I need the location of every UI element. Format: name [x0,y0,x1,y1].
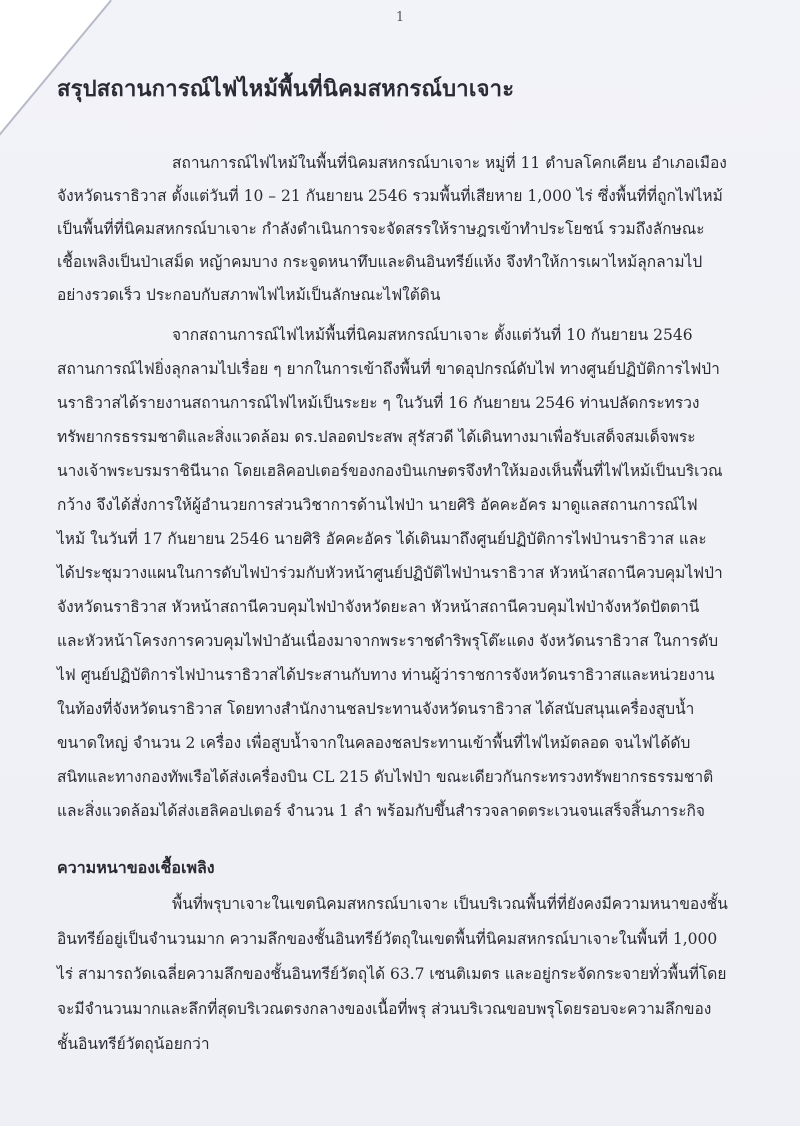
paragraph-2-line: นางเจ้าพระบรมราชินีนาถ โดยเฮลิคอปเตอร์ขอ… [57,458,723,483]
paragraph-2-line: ทรัพยากรธรรมชาติและสิ่งแวดล้อม ดร.ปลอดปร… [57,424,696,449]
paragraph-2-line: สถานการณ์ไฟยิ่งลุกลามไปเรื่อย ๆ ยากในการ… [57,356,720,381]
paragraph-1-line: อย่างรวดเร็ว ประกอบกับสภาพไฟไหม้เป็นลักษ… [57,282,440,307]
section-2-line: พื้นที่พรุบาเจาะในเขตนิคมสหกรณ์บาเจาะ เป… [172,891,728,916]
paragraph-2-line: ไฟ ศูนย์ปฏิบัติการไฟป่านราธิวาสได้ประสาน… [57,662,715,687]
paragraph-1-line: เป็นพื้นที่ที่นิคมสหกรณ์บาเจาะ กำลังดำเน… [57,216,705,241]
paragraph-2-line: ในท้องที่จังหวัดนราธิวาส โดยทางสำนักงานช… [57,696,694,721]
document-title: สรุปสถานการณ์ไฟไหม้พื้นที่นิคมสหกรณ์บาเจ… [57,71,514,106]
paragraph-2-line: ไหม้ ในวันที่ 17 กันยายน 2546 นายศิริ อั… [57,526,707,551]
paragraph-2-line: ได้ประชุมวางแผนในการดับไฟป่าร่วมกับหัวหน… [57,560,723,585]
paragraph-2-line: จังหวัดนราธิวาส หัวหน้าสถานีควบคุมไฟป่าจ… [57,594,699,619]
section-2-line: จะมีจำนวนมากและลึกที่สุดบริเวณตรงกลางของ… [57,996,711,1021]
paragraph-2-line: สนิทและทางกองทัพเรือได้ส่งเครื่องบิน CL … [57,764,713,789]
section-2-line: ชั้นอินทรีย์วัตถุน้อยกว่า [57,1031,210,1056]
document-page: 1 สรุปสถานการณ์ไฟไหม้พื้นที่นิคมสหกรณ์บา… [0,0,800,1126]
section-heading-fuel-thickness: ความหนาของเชื้อเพลิง [57,856,215,881]
section-2-line: ไร่ สามารถวัดเฉลี่ยความลึกของชั้นอินทรีย… [57,961,726,986]
paragraph-1-line: สถานการณ์ไฟไหม้ในพื้นที่นิคมสหกรณ์บาเจาะ… [172,150,727,175]
paragraph-2-line: กว้าง จึงได้สั่งการให้ผู้อำนวยการส่วนวิช… [57,492,698,517]
paragraph-1-line: เชื้อเพลิงเป็นป่าเสม็ด หญ้าคมบาง กระจูดห… [57,249,702,274]
paragraph-2-line: และสิ่งแวดล้อมได้ส่งเฮลิคอปเตอร์ จำนวน 1… [57,798,705,823]
paragraph-2-line: และหัวหน้าโครงการควบคุมไฟป่าอันเนื่องมาจ… [57,628,718,653]
paragraph-2-line: ขนาดใหญ่ จำนวน 2 เครื่อง เพื่อสูบน้ำจากใ… [57,730,690,755]
section-2-line: อินทรีย์อยู่เป็นจำนวนมาก ความลึกของชั้นอ… [57,926,717,951]
paragraph-2-line: จากสถานการณ์ไฟไหม้พื้นที่นิคมสหกรณ์บาเจา… [172,322,693,347]
paragraph-1-line: จังหวัดนราธิวาส ตั้งแต่วันที่ 10 – 21 กั… [57,183,723,208]
page-number: 1 [0,10,800,25]
paragraph-2-line: นราธิวาสได้รายงานสถานการณ์ไฟไหม้เป็นระยะ… [57,390,699,415]
